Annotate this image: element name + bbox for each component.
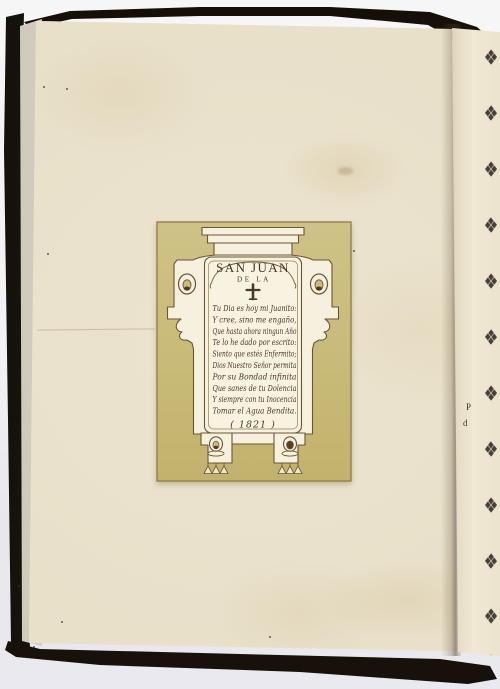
fleuron-ornament-icon: ❖ <box>481 325 500 351</box>
fleuron-ornament-icon: ❖ <box>481 269 500 295</box>
cartouche-drawing: SAN JUAN DE LA Tu Dia es hoy mi Juanito:… <box>156 221 352 482</box>
verse-line: Que hasta ahora ningun Año <box>213 327 297 336</box>
verse-line: Te lo he dado por escrito: <box>213 338 297 347</box>
foot-ring-left <box>208 437 224 456</box>
fleuron-ornament-icon: ❖ <box>481 213 500 239</box>
foxing-speck <box>66 88 68 90</box>
verse-text: Tu Dia es hoy mi Juanito: Y cree, sino m… <box>212 304 297 431</box>
fleuron-ornament-icon: ❖ <box>481 604 500 630</box>
fleuron-ornament-icon: ❖ <box>481 493 500 519</box>
facing-page-text-fragment: P <box>466 402 471 412</box>
foxing-speck <box>61 621 63 623</box>
foxing-speck <box>47 253 49 255</box>
foxing-speck <box>353 250 355 252</box>
verse-line: Que sanes de tu Dolencia <box>213 384 297 393</box>
fleuron-ornament-icon: ❖ <box>481 101 500 127</box>
altar-cornice-cap <box>202 228 304 236</box>
altar-cornice-lower <box>208 235 299 243</box>
wing-ring-left <box>179 274 196 294</box>
wing-ring-right <box>311 274 328 294</box>
verse-line: Tu Dia es hoy mi Juanito: <box>213 304 297 313</box>
altar-neck <box>214 243 292 255</box>
foxing-speck <box>33 646 35 648</box>
verse-line: Siento que estés Enfermito; <box>213 350 297 359</box>
verse-line: Dios Nuestro Señor permita <box>212 361 297 370</box>
fleuron-ornament-icon: ❖ <box>481 381 500 407</box>
fleuron-ornament-icon: ❖ <box>481 45 500 71</box>
foxing-speck <box>269 636 271 638</box>
year-line: ( 1821 ) <box>230 420 276 431</box>
verse-line: Y cree, sino me engaño, <box>213 315 297 324</box>
facing-page-text-fragment: d <box>463 418 468 428</box>
verse-line: Y siempre con tu Inocencia <box>213 395 297 404</box>
verse-line: Tomar el Agua Bendita. <box>213 407 297 416</box>
foxing-speck <box>43 86 45 88</box>
ink-smudge <box>338 167 353 175</box>
plaque-subheading: DE LA <box>237 276 271 284</box>
verse-line: Por su Bondad infinita <box>212 372 297 381</box>
painted-cartouche: SAN JUAN DE LA Tu Dia es hoy mi Juanito:… <box>156 221 352 482</box>
foxing-speck <box>18 585 20 587</box>
foot-ring-right <box>282 437 298 456</box>
photograph-of-open-book: ❖ ❖ ❖ ❖ ❖ ❖ ❖ ❖ ❖ ❖ ❖ ❖ P d <box>0 0 500 689</box>
plaque-heading: SAN JUAN <box>216 260 290 275</box>
fleuron-ornament-icon: ❖ <box>481 157 500 183</box>
fleuron-ornament-icon: ❖ <box>481 549 500 575</box>
fleuron-ornament-icon: ❖ <box>481 437 500 463</box>
